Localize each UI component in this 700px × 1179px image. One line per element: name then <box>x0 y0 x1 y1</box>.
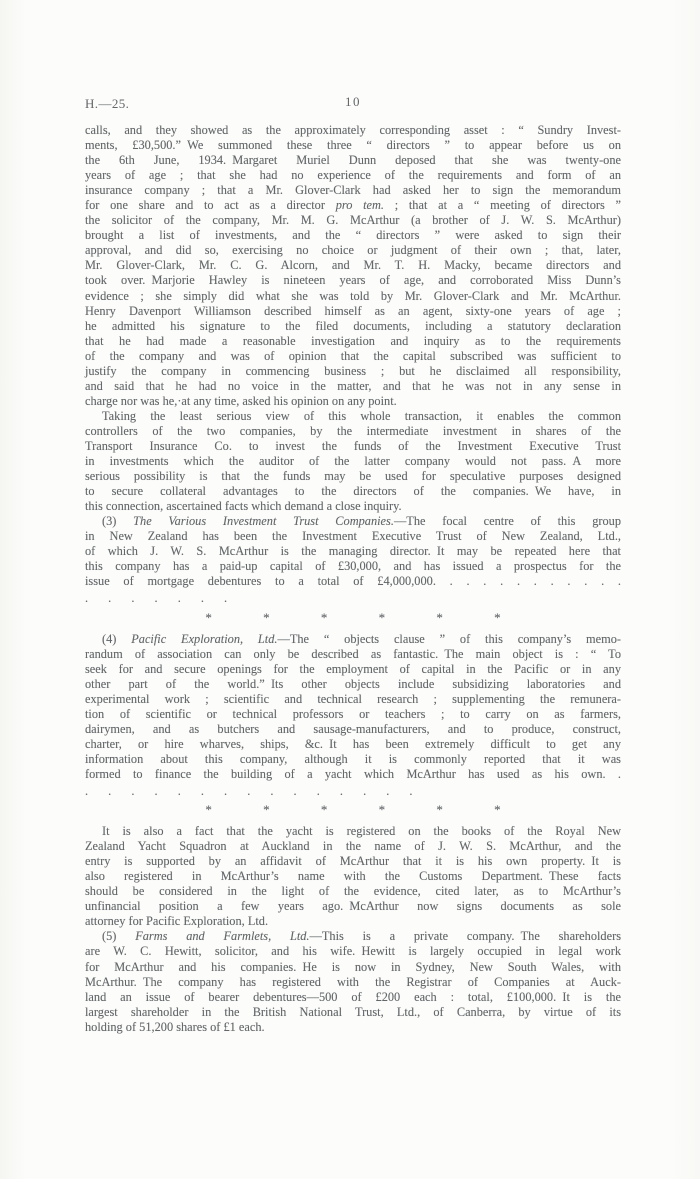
text-line: It is also a fact that the yacht is regi… <box>85 824 621 839</box>
text-line: issue of mortgage debentures to a total … <box>85 574 621 589</box>
text-line: Mr. Glover-Clark, Mr. C. G. Alcorn, and … <box>85 258 621 273</box>
paragraph-4: (4) Pacific Exploration, Ltd.—The “ obje… <box>85 632 621 782</box>
text-line: (3) The Various Investment Trust Compani… <box>85 514 621 529</box>
italic-text-segment: Pacific Exploration, Ltd. <box>131 632 277 646</box>
italic-text-segment: The Various Investment Trust Companies. <box>133 514 394 528</box>
text-line: randum of association can only be descri… <box>85 647 621 662</box>
text-line: seek for and secure openings for the emp… <box>85 662 621 677</box>
text-line: attorney for Pacific Exploration, Ltd. <box>85 914 621 929</box>
text-line: of the company and was of opinion that t… <box>85 349 621 364</box>
text-line: land an issue of bearer debentures—500 o… <box>85 990 621 1005</box>
text-line: brought a list of investments, and the “… <box>85 228 621 243</box>
text-line: (5) Farms and Farmlets, Ltd.—This is a p… <box>85 929 621 944</box>
text-line: Zealand Yacht Squadron at Auckland in th… <box>85 839 621 854</box>
text-segment: (5) <box>102 929 135 943</box>
text-line: in investments which the auditor of the … <box>85 454 621 469</box>
text-line: tion of scientific or technical professo… <box>85 707 621 722</box>
text-line: Taking the least serious view of this wh… <box>85 409 621 424</box>
text-line: holding of 51,200 shares of £1 each. <box>85 1020 621 1035</box>
text-line: entry is supported by an affidavit of Mc… <box>85 854 621 869</box>
text-line: in New Zealand has been the Investment E… <box>85 529 621 544</box>
paragraph-2: Taking the least serious view of this wh… <box>85 409 621 514</box>
text-line: calls, and they showed as the approximat… <box>85 123 621 138</box>
text-line: (4) Pacific Exploration, Ltd.—The “ obje… <box>85 632 621 647</box>
text-line: are W. C. Hewitt, solicitor, and his wif… <box>85 944 621 959</box>
text-line: unfinancial position a few years ago. Mc… <box>85 899 621 914</box>
text-line: the 6th June, 1934. Margaret Muriel Dunn… <box>85 153 621 168</box>
text-line: this company has a paid-up capital of £3… <box>85 559 621 574</box>
text-line: the solicitor of the company, Mr. M. G. … <box>85 213 621 228</box>
text-line: largest shareholder in the British Natio… <box>85 1005 621 1020</box>
text-line: that he had made a reasonable investigat… <box>85 334 621 349</box>
text-line: Transport Insurance Co. to invest the fu… <box>85 439 621 454</box>
text-line: experimental work ; scientific and techn… <box>85 692 621 707</box>
text-line: for one share and to act as a director p… <box>85 198 621 213</box>
asterisk-row-1: * * * * * * <box>85 610 621 625</box>
text-line: to secure collateral advantages to the d… <box>85 484 621 499</box>
text-line: charter, or hire wharves, ships, &c. It … <box>85 737 621 752</box>
italic-text-segment: Farms and Farmlets, Ltd. <box>135 929 309 943</box>
paragraph-5: It is also a fact that the yacht is regi… <box>85 824 621 929</box>
paragraph-6: (5) Farms and Farmlets, Ltd.—This is a p… <box>85 929 621 1034</box>
text-segment: —The “ objects clause ” of this company’… <box>277 632 621 646</box>
text-line: for McArthur and his companies. He is no… <box>85 960 621 975</box>
text-line: insurance company ; that a Mr. Glover-Cl… <box>85 183 621 198</box>
text-line: years of age ; that she had no experienc… <box>85 168 621 183</box>
text-line: approval, and did so, exercising no choi… <box>85 243 621 258</box>
text-line: controllers of the two companies, by the… <box>85 424 621 439</box>
text-line: evidence ; she simply did what she was t… <box>85 289 621 304</box>
text-line: McArthur. The company has registered wit… <box>85 975 621 990</box>
text-line: dairymen, and as butchers and sausage-ma… <box>85 722 621 737</box>
document-body: calls, and they showed as the approximat… <box>85 123 621 1035</box>
text-line: serious possibility is that the funds ma… <box>85 469 621 484</box>
text-line: should be considered in the light of the… <box>85 884 621 899</box>
text-line: also registered in McArthur’s name with … <box>85 869 621 884</box>
ellipsis-row-2: . . . . . . . . . . . . . . . <box>85 784 621 799</box>
text-line: this connection, ascertained facts which… <box>85 499 621 514</box>
text-line: information about this company, although… <box>85 752 621 767</box>
text-segment: ; that at a “ meeting of directors ” <box>384 198 621 212</box>
italic-text-segment: pro tem. <box>336 198 384 212</box>
paragraph-1: calls, and they showed as the approximat… <box>85 123 621 409</box>
text-line: he admitted his signature to the filed d… <box>85 319 621 334</box>
text-line: of which J. W. S. McArthur is the managi… <box>85 544 621 559</box>
text-line: justify the company in commencing busine… <box>85 364 621 379</box>
ellipsis-row-1: . . . . . . . <box>85 591 621 606</box>
text-line: formed to finance the building of a yach… <box>85 767 621 782</box>
text-line: and said that he had no voice in the mat… <box>85 379 621 394</box>
text-line: ments, £30,500.” We summoned these three… <box>85 138 621 153</box>
asterisk-row-2: * * * * * * <box>85 802 621 817</box>
text-line: took over. Marjorie Hawley is nineteen y… <box>85 273 621 288</box>
page-number: 10 <box>85 94 621 110</box>
text-segment: (3) <box>102 514 133 528</box>
paragraph-3: (3) The Various Investment Trust Compani… <box>85 514 621 589</box>
text-line: other part of the world.” Its other obje… <box>85 677 621 692</box>
text-segment: —The focal centre of this group <box>394 514 621 528</box>
text-segment: (4) <box>102 632 131 646</box>
text-line: Henry Davenport Williamson described him… <box>85 304 621 319</box>
text-segment: for one share and to act as a director <box>85 198 336 212</box>
text-line: charge nor was he,·at any time, asked hi… <box>85 394 621 409</box>
text-segment: —This is a private company. The sharehol… <box>310 929 621 943</box>
